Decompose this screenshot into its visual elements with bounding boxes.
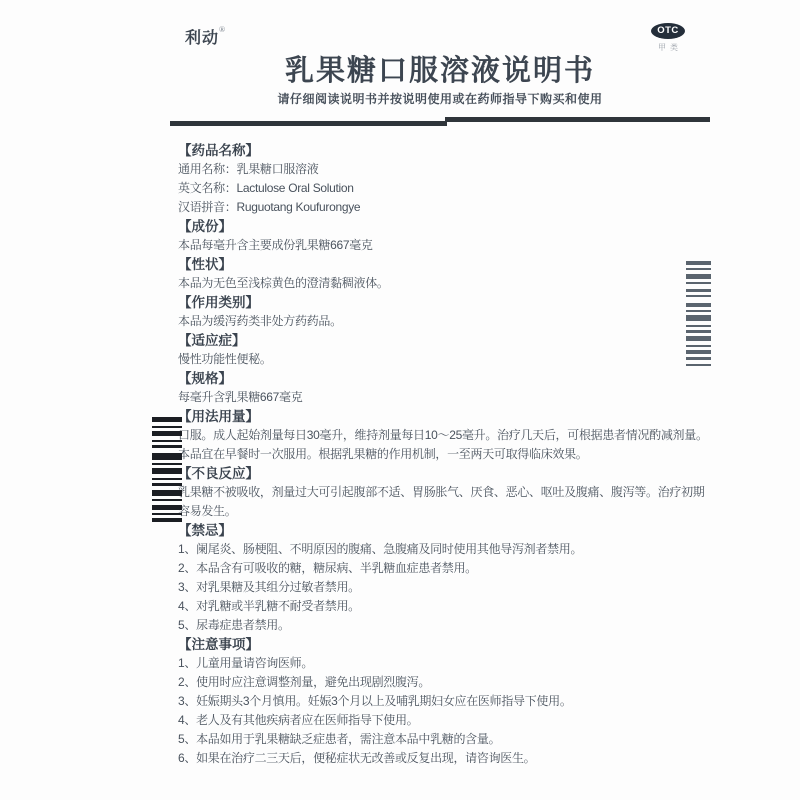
brand-logo: 利动® bbox=[185, 25, 226, 48]
barcode-bar bbox=[152, 453, 182, 460]
registered-trademark-icon: ® bbox=[219, 25, 226, 34]
section-line: 通用名称：乳果糖口服溶液 bbox=[178, 160, 714, 179]
section-line: 2、使用时应注意调整剂量，避免出现剧烈腹泻。 bbox=[178, 673, 714, 692]
section-line: 3、对乳果糖及其组分过敏者禁用。 bbox=[178, 578, 714, 597]
barcode-bar bbox=[686, 350, 711, 354]
barcode-bar bbox=[152, 426, 182, 428]
section-line: 本品每毫升含主要成份乳果糖667毫克 bbox=[178, 236, 714, 255]
barcode-bar bbox=[686, 330, 711, 333]
barcode-bar bbox=[686, 303, 711, 307]
section-line: 每毫升含乳果糖667毫克 bbox=[178, 388, 714, 407]
sections-container: 【药品名称】通用名称：乳果糖口服溶液英文名称：Lactulose Oral So… bbox=[178, 141, 714, 768]
barcode-bar bbox=[686, 268, 711, 270]
section-line: 5、尿毒症患者禁用。 bbox=[178, 616, 714, 635]
barcode-bar bbox=[686, 357, 711, 360]
section-line: 本品宜在早餐时一次服用。根据乳果糖的作用机制，一至两天可取得临床效果。 bbox=[178, 445, 714, 464]
section-line: 口服。成人起始剂量每日30毫升，维持剂量每日10～25毫升。治疗几天后，可根据患… bbox=[178, 426, 714, 445]
header-divider-right bbox=[445, 117, 710, 122]
barcode-bar bbox=[686, 274, 711, 279]
barcode-bar bbox=[686, 295, 711, 297]
otc-icon: OTC bbox=[651, 23, 685, 39]
section-heading: 【禁忌】 bbox=[178, 521, 714, 540]
leaflet-page: 利动® OTC 甲类 乳果糖口服溶液说明书 请仔细阅读说明书并按说明使用或在药师… bbox=[0, 0, 800, 800]
barcode-bar bbox=[686, 261, 711, 265]
section-heading: 【规格】 bbox=[178, 369, 714, 388]
barcode-bar bbox=[686, 336, 711, 341]
barcode-bar bbox=[152, 468, 182, 474]
section-line: 1、阑尾炎、肠梗阻、不明原因的腹痛、急腹痛及同时使用其他导泻剂者禁用。 bbox=[178, 540, 714, 559]
barcode-bar bbox=[686, 325, 711, 327]
section-line: 6、如果在治疗二三天后，便秘症状无改善或反复出现，请咨询医生。 bbox=[178, 749, 714, 768]
section-heading: 【适应症】 bbox=[178, 331, 714, 350]
barcode-bar bbox=[152, 483, 182, 486]
page-subtitle: 请仔细阅读说明书并按说明使用或在药师指导下购买和使用 bbox=[170, 90, 710, 107]
section-line: 汉语拼音：Ruguotang Koufurongye bbox=[178, 198, 714, 217]
barcode-bar bbox=[152, 417, 182, 422]
barcode-bar bbox=[686, 364, 711, 366]
barcode-bar bbox=[152, 440, 182, 442]
section-line: 2、本品含有可吸收的糖，糖尿病、半乳糖血症患者禁用。 bbox=[178, 559, 714, 578]
barcode-bar bbox=[686, 345, 711, 347]
section-line: 容易发生。 bbox=[178, 502, 714, 521]
header-divider-left bbox=[170, 121, 447, 126]
section-line: 4、对乳糖或半乳糖不耐受者禁用。 bbox=[178, 597, 714, 616]
barcode-bar bbox=[686, 282, 711, 284]
barcode-bar bbox=[152, 478, 182, 480]
section-line: 本品为缓泻药类非处方药药品。 bbox=[178, 312, 714, 331]
section-heading: 【注意事项】 bbox=[178, 635, 714, 654]
brand-name: 利动 bbox=[185, 30, 219, 47]
barcode-bar bbox=[152, 513, 182, 515]
barcode-bar bbox=[152, 499, 182, 501]
section-line: 4、老人及有其他疾病者应在医师指导下使用。 bbox=[178, 711, 714, 730]
barcode-bar bbox=[686, 289, 711, 292]
barcode-bar bbox=[152, 518, 182, 522]
barcode-bar bbox=[152, 490, 182, 496]
section-heading: 【不良反应】 bbox=[178, 464, 714, 483]
section-heading: 【作用类别】 bbox=[178, 293, 714, 312]
barcode-bar bbox=[152, 463, 182, 465]
section-line: 本品为无色至浅棕黄色的澄清黏稠液体。 bbox=[178, 274, 714, 293]
section-heading: 【用法用量】 bbox=[178, 407, 714, 426]
barcode-bar bbox=[686, 315, 711, 321]
section-line: 英文名称：Lactulose Oral Solution bbox=[178, 179, 714, 198]
barcode-left-icon bbox=[152, 417, 182, 522]
barcode-bar bbox=[152, 445, 182, 448]
section-line: 3、妊娠期头3个月慎用。妊娠3个月以上及哺乳期妇女应在医师指导下使用。 bbox=[178, 692, 714, 711]
barcode-bar bbox=[152, 431, 182, 436]
section-heading: 【性状】 bbox=[178, 255, 714, 274]
section-line: 5、本品如用于乳果糖缺乏症患者，需注意本品中乳糖的含量。 bbox=[178, 730, 714, 749]
section-heading: 【成份】 bbox=[178, 217, 714, 236]
section-line: 乳果糖不被吸收，剂量过大可引起腹部不适、胃肠胀气、厌食、恶心、呕吐及腹痛、腹泻等… bbox=[178, 483, 714, 502]
section-line: 慢性功能性便秘。 bbox=[178, 350, 714, 369]
barcode-bar bbox=[152, 505, 182, 510]
barcode-right-icon bbox=[686, 261, 711, 366]
section-line: 1、儿童用量请咨询医师。 bbox=[178, 654, 714, 673]
section-heading: 【药品名称】 bbox=[178, 141, 714, 160]
page-title: 乳果糖口服溶液说明书 bbox=[170, 48, 710, 89]
barcode-bar bbox=[686, 310, 711, 312]
